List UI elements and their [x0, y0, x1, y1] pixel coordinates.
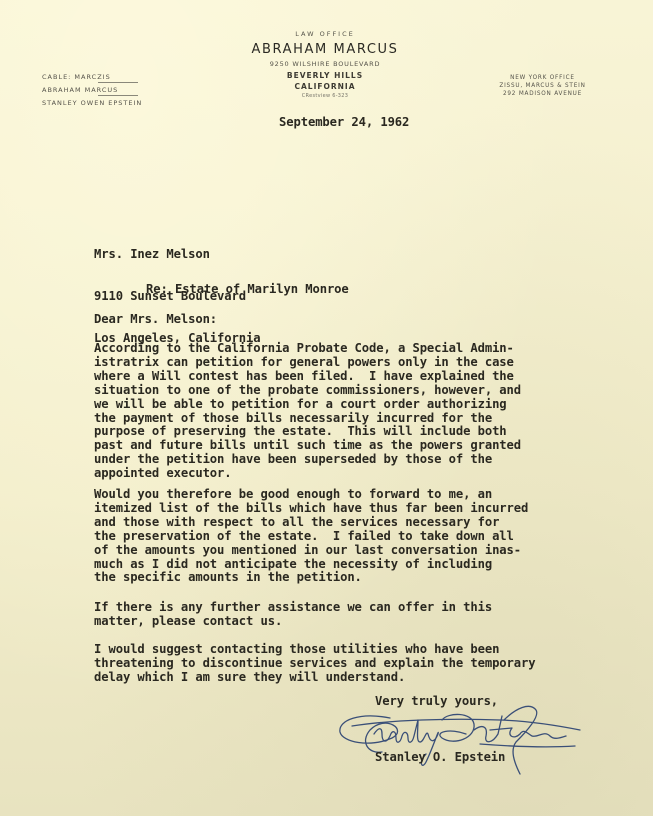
cable-address: Cable: MARCZIS	[42, 70, 167, 84]
state: California	[220, 82, 430, 91]
paragraph-line: I would suggest contacting those utiliti…	[94, 643, 536, 657]
ny-address: 292 Madison Avenue	[475, 90, 610, 98]
paragraph-line: we will be able to petition for a court …	[94, 398, 521, 412]
paragraph-line: matter, please contact us.	[94, 615, 492, 629]
letterhead-right: New York Office Zissu, Marcus & Stein 29…	[475, 74, 610, 98]
paragraph-line: itemized list of the bills which have th…	[94, 502, 528, 516]
body-paragraph: I would suggest contacting those utiliti…	[94, 643, 536, 685]
street-address: 9250 Wilshire Boulevard	[220, 60, 430, 68]
office-label: Law Office	[220, 30, 430, 38]
recipient-line: Mrs. Inez Melson	[94, 248, 260, 262]
paragraph-line: much as I did not anticipate the necessi…	[94, 558, 528, 572]
paragraph-line: the payment of those bills necessarily i…	[94, 412, 521, 426]
letterhead-center: Law Office Abraham Marcus 9250 Wilshire …	[220, 30, 430, 99]
body-paragraph: According to the California Probate Code…	[94, 342, 521, 481]
closing: Very truly yours,	[375, 694, 498, 708]
paragraph-line: under the petition have been superseded …	[94, 453, 521, 467]
ny-firm-name: Zissu, Marcus & Stein	[475, 82, 610, 90]
paragraph-line: past and future bills until such time as…	[94, 439, 521, 453]
partner-name: Abraham Marcus	[42, 83, 167, 97]
paragraph-line: Would you therefore be good enough to fo…	[94, 488, 528, 502]
paragraph-line: If there is any further assistance we ca…	[94, 601, 492, 615]
phone-number: CRestview 6-323	[220, 93, 430, 99]
paragraph-line: threatening to discontinue services and …	[94, 657, 536, 671]
paragraph-line: where a Will contest has been filed. I h…	[94, 370, 521, 384]
ny-office-label: New York Office	[475, 74, 610, 82]
subject-line: Re: Estate of Marilyn Monroe	[146, 282, 349, 296]
body-paragraph: Would you therefore be good enough to fo…	[94, 488, 528, 585]
body-paragraph: If there is any further assistance we ca…	[94, 601, 492, 629]
letter-page: Cable: MARCZIS Abraham Marcus Stanley Ow…	[0, 0, 653, 816]
salutation: Dear Mrs. Melson:	[94, 312, 217, 326]
paragraph-line: of the amounts you mentioned in our last…	[94, 544, 528, 558]
letterhead-left: Cable: MARCZIS Abraham Marcus Stanley Ow…	[42, 70, 167, 110]
paragraph-line: delay which I am sure they will understa…	[94, 671, 536, 685]
paragraph-line: the specific amounts in the petition.	[94, 571, 528, 585]
firm-name: Abraham Marcus	[220, 42, 430, 57]
city: Beverly Hills	[220, 71, 430, 80]
paragraph-line: According to the California Probate Code…	[94, 342, 521, 356]
letter-date: September 24, 1962	[279, 115, 409, 129]
paragraph-line: purpose of preserving the estate. This w…	[94, 425, 521, 439]
signer-name: Stanley O. Epstein	[375, 750, 505, 764]
paragraph-line: situation to one of the probate commissi…	[94, 384, 521, 398]
paragraph-line: istratrix can petition for general power…	[94, 356, 521, 370]
paragraph-line: the preservation of the estate. I failed…	[94, 530, 528, 544]
paragraph-line: appointed executor.	[94, 467, 521, 481]
paragraph-line: and those with respect to all the servic…	[94, 516, 528, 530]
partner-name: Stanley Owen Epstein	[42, 96, 167, 110]
